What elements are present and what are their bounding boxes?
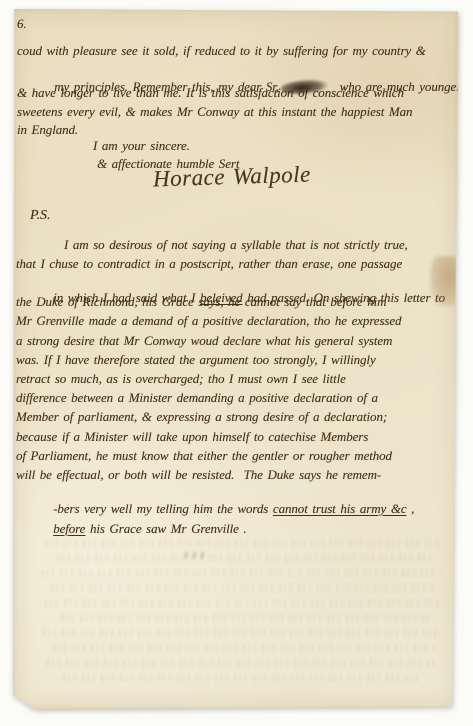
letter-line: will be effectual, or both will be resis… (16, 467, 381, 482)
letter-line: because if a Minister will take upon him… (16, 429, 368, 444)
letter-line: I am so desirous of not saying a syllabl… (64, 237, 408, 252)
scanned-letter: 6. coud with pleasure see it sold, if re… (0, 0, 473, 726)
letter-line: that I chuse to contradict in a postscri… (16, 256, 402, 271)
letter-line-text: , (407, 501, 415, 516)
bleedthrough-line (43, 539, 439, 547)
bleedthrough-line (43, 599, 441, 607)
closing-line: I am your sincere. (93, 138, 190, 153)
letter-line: coud with pleasure see it sold, if reduc… (17, 43, 426, 58)
letter-line: Mr Grenville made a demand of a positive… (16, 313, 401, 328)
underlined-phrase: cannot trust his army &c (273, 501, 407, 516)
postscript-label: P.S. (30, 208, 50, 223)
letter-line: the Duke of Richmond, his Grace says, he… (16, 294, 386, 309)
page-number: 6. (17, 16, 27, 31)
bleedthrough-line (45, 659, 437, 667)
letter-line: & have longer to live than me. It is thi… (17, 85, 404, 100)
letter-line: a strong desire that Mr Conway woud decl… (16, 333, 392, 348)
bleedthrough-line (41, 629, 441, 637)
letter-line: difference between a Minister demanding … (16, 390, 378, 405)
letter-line-text: his Grace saw Mr Grenville . (85, 521, 246, 536)
bleedthrough-line (55, 554, 435, 562)
bleedthrough-line (49, 584, 437, 592)
letter-line: retract so much, as is overcharged; tho … (16, 371, 346, 386)
bleedthrough-line (51, 644, 435, 652)
letter-page: 6. coud with pleasure see it sold, if re… (13, 9, 458, 709)
signature: Horace Walpole (153, 167, 311, 187)
letter-line: in England. (17, 122, 78, 137)
letter-line: Member of parliament, & expressing a str… (16, 409, 387, 424)
bleedthrough-line (61, 674, 421, 682)
letter-line: was. If I have therefore stated the argu… (16, 352, 376, 367)
bleedthrough-line (59, 614, 431, 622)
letter-line: sweetens every evil, & makes Mr Conway a… (17, 104, 412, 119)
underlined-word: before (53, 521, 85, 536)
bleedthrough-line (39, 569, 441, 577)
letter-line: of Parliament, he must know that either … (16, 448, 392, 463)
paper-wrap: 6. coud with pleasure see it sold, if re… (13, 9, 458, 709)
paper-stain (430, 256, 458, 306)
